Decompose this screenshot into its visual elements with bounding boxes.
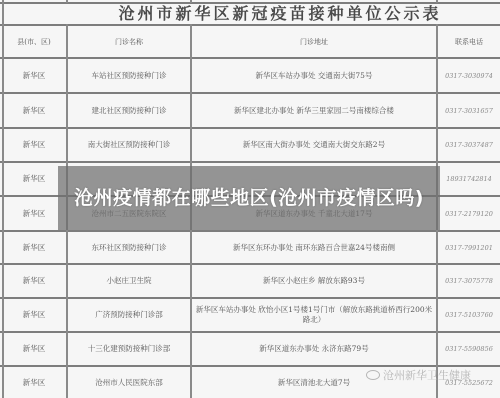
cell-district: 新华区 — [2, 94, 66, 127]
cell-district: 新华区 — [2, 299, 66, 331]
cell-district: 新华区 — [2, 197, 66, 230]
cell-clinic: 建北社区预防接种门诊 — [68, 94, 190, 127]
header-district: 县(市、区) — [2, 26, 66, 57]
cell-district: 新华区 — [2, 232, 66, 263]
watermark-text: 沧州新华卫生健康 — [383, 367, 471, 383]
cell-clinic: 广济预防接种门诊部 — [68, 299, 190, 331]
cell-district: 新华区 — [2, 163, 66, 195]
cell-phone: 18931742814 — [438, 163, 500, 195]
cell-district: 新华区 — [2, 59, 66, 92]
wechat-icon — [366, 370, 380, 380]
cell-address: 新华区东环办事处 南环东路百合世嘉24号楼南侧 — [192, 232, 436, 263]
cell-clinic: 车站社区预防接种门诊 — [68, 59, 190, 92]
cell-address: 新华区建北办事处 新华三里家园二号南楼综合楼 — [192, 94, 436, 127]
cell-address: 新华区南大街办事处 交通南大街交东路2号 — [192, 129, 436, 161]
cell-phone: 0317-7991201 — [438, 232, 500, 263]
watermark: 沧州新华卫生健康 — [366, 366, 471, 384]
cell-district: 新华区 — [2, 129, 66, 161]
cell-phone: 0317-3037487 — [438, 129, 500, 161]
cell-clinic: 小赵庄卫生院 — [68, 265, 190, 297]
table-title: 沧州市新华区新冠疫苗接种单位公示表 — [0, 3, 500, 25]
cell-address: 新华区车站办事处 欣怡小区1号楼1号门市（解放东路挑道桥西行200米路北） — [192, 299, 436, 331]
cell-district: 新华区 — [2, 367, 66, 398]
cell-clinic: 十三化建预防接种门诊部 — [68, 333, 190, 365]
cell-clinic: 沧州市人民医院东部 — [68, 367, 190, 398]
header-clinic: 门诊名称 — [68, 26, 190, 57]
cell-address: 新华区小赵庄乡 解放东路93号 — [192, 265, 436, 297]
cell-district: 新华区 — [2, 265, 66, 297]
cell-district: 新华区 — [2, 333, 66, 365]
cell-phone: 0317-3030974 — [438, 59, 500, 92]
cell-phone: 0317-2179120 — [438, 197, 500, 230]
header-address: 门诊地址 — [192, 26, 436, 57]
cell-clinic: 南大街社区预防接种门诊 — [68, 129, 190, 161]
cell-phone: 0317-3075778 — [438, 265, 500, 297]
cell-phone: 0317-5590856 — [438, 333, 500, 365]
cell-address: 新华区道东办事处 永济东路79号 — [192, 333, 436, 365]
cell-phone: 0317-3031657 — [438, 94, 500, 127]
cell-clinic: 东环社区预防接种门诊 — [68, 232, 190, 263]
header-phone: 联系电话 — [438, 26, 500, 57]
headline-text: 沧州疫情都在哪些地区(沧州市疫情区吗) — [74, 185, 424, 211]
cell-address: 新华区车站办事处 交通南大街75号 — [192, 59, 436, 92]
headline-overlay: 沧州疫情都在哪些地区(沧州市疫情区吗) — [58, 166, 440, 230]
cell-phone: 0317-5103760 — [438, 299, 500, 331]
